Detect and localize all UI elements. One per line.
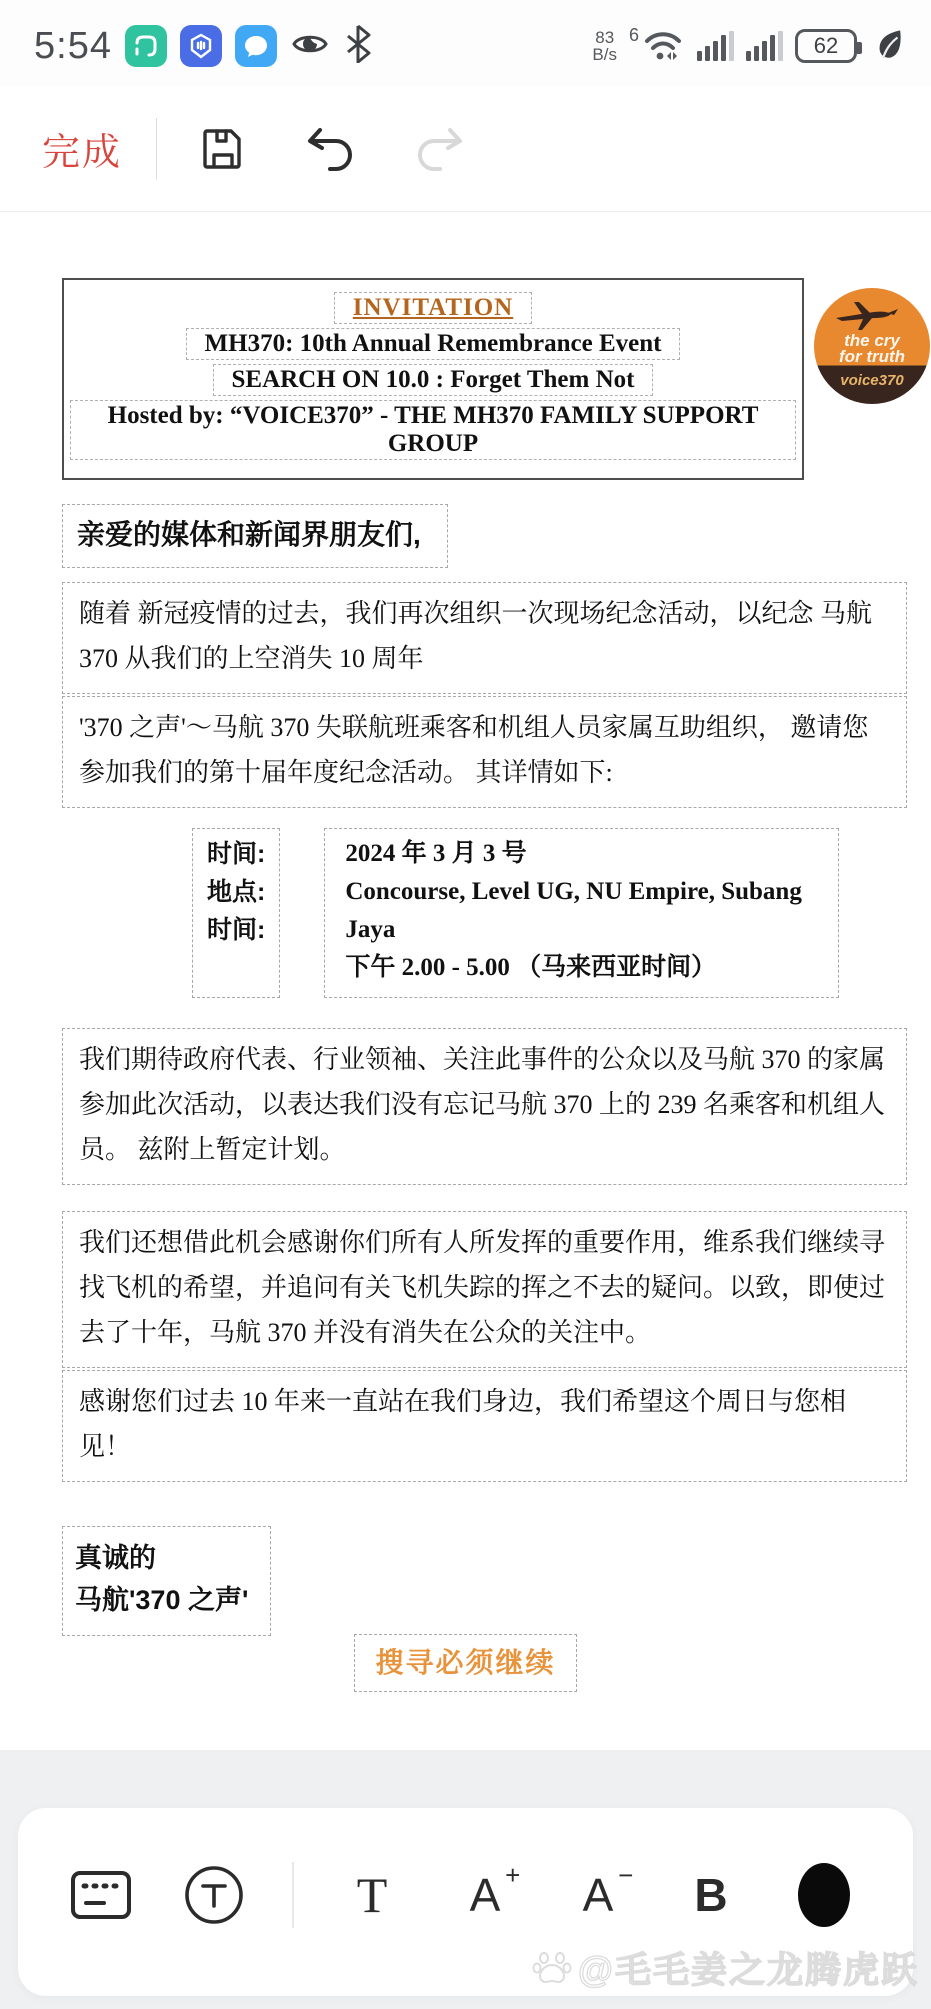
detail-value-date: 2024 年 3 月 3 号 bbox=[345, 835, 818, 873]
screen: { "status_bar": { "time": "5:54", "net_s… bbox=[0, 0, 931, 2009]
watermark: @毛毛姜之龙腾虎跃 bbox=[532, 1942, 919, 1993]
battery-indicator: 62 bbox=[795, 29, 857, 63]
invitation-header-row: INVITATION MH370: 10th Annual Remembranc… bbox=[0, 212, 931, 480]
power-save-leaf-icon bbox=[877, 29, 903, 64]
redo-button[interactable] bbox=[411, 121, 467, 177]
detail-label: 时间: bbox=[207, 911, 265, 949]
color-swatch-black bbox=[798, 1863, 850, 1927]
bold-button[interactable]: B bbox=[676, 1858, 746, 1932]
paragraph-4-frame[interactable]: 我们还想借此机会感谢你们所有人所发挥的重要作用，维系我们继续寻找飞机的希望，并追… bbox=[62, 1211, 907, 1368]
keyboard-toggle-button[interactable] bbox=[66, 1858, 136, 1932]
event-title[interactable]: MH370: 10th Annual Remembrance Event bbox=[186, 328, 681, 360]
detail-value-time: 下午 2.00 - 5.00 （马来西亚时间） bbox=[345, 949, 818, 987]
wifi-icon: 6 bbox=[629, 27, 685, 65]
editor-toolbar: 完成 bbox=[0, 86, 931, 212]
messages-app-icon bbox=[235, 25, 277, 67]
security-app-icon bbox=[180, 25, 222, 67]
event-subtitle[interactable]: SEARCH ON 10.0 : Forget Them Not bbox=[213, 364, 654, 396]
detail-values-frame[interactable]: 2024 年 3 月 3 号 Concourse, Level UG, NU E… bbox=[324, 828, 839, 998]
invitation-title[interactable]: INVITATION bbox=[334, 292, 533, 324]
done-button[interactable]: 完成 bbox=[42, 121, 122, 176]
event-details: 时间: 地点: 时间: 2024 年 3 月 3 号 Concourse, Le… bbox=[192, 828, 931, 998]
invitation-header-box[interactable]: INVITATION MH370: 10th Annual Remembranc… bbox=[62, 278, 804, 480]
undo-button[interactable] bbox=[303, 121, 359, 177]
voice370-logo[interactable]: the cry for truth voice370 bbox=[814, 288, 930, 404]
document-page: INVITATION MH370: 10th Annual Remembranc… bbox=[0, 212, 931, 1636]
eye-protection-icon bbox=[290, 24, 330, 69]
logo-text-2: for truth bbox=[814, 348, 930, 365]
paragraph-1-frame[interactable]: 随着 新冠疫情的过去，我们再次组织一次现场纪念活动，以纪念 马航 370 从我们… bbox=[62, 582, 907, 694]
network-speed: 83 B/s bbox=[592, 29, 617, 63]
detail-labels-frame[interactable]: 时间: 地点: 时间: bbox=[192, 828, 280, 998]
paragraph-5-frame[interactable]: 感谢您们过去 10 年来一直站在我们身边，我们希望这个周日与您相见！ bbox=[62, 1370, 907, 1482]
font-color-button[interactable] bbox=[789, 1858, 859, 1932]
paragraph-2-frame[interactable]: '370 之声'～马航 370 失联航班乘客和机组人员家属互助组织， 邀请您参加… bbox=[62, 696, 907, 808]
text-style-button[interactable] bbox=[179, 1858, 249, 1932]
toolbar-divider bbox=[292, 1862, 294, 1928]
airplane-icon bbox=[828, 300, 904, 334]
detail-label: 时间: bbox=[207, 835, 265, 873]
logo-text-3: voice370 bbox=[814, 372, 930, 389]
bluetooth-icon bbox=[343, 25, 373, 68]
status-bar: 5:54 83 B/s 6 62 bbox=[0, 0, 931, 86]
paw-icon bbox=[532, 1948, 572, 1988]
cell-signal-icon-sim2 bbox=[746, 31, 783, 61]
signature-frame[interactable]: 真诚的 马航'370 之声' bbox=[62, 1526, 271, 1636]
text-tool-button[interactable]: T bbox=[337, 1858, 407, 1932]
clock: 5:54 bbox=[34, 25, 112, 68]
font-decrease-button[interactable]: A− bbox=[563, 1858, 633, 1932]
paragraph-3-frame[interactable]: 我们期待政府代表、行业领袖、关注此事件的公众以及马航 370 的家属参加此次活动… bbox=[62, 1028, 907, 1185]
bottom-panel-background: T A+ A− B @毛毛姜之龙腾虎跃 bbox=[0, 1750, 931, 2009]
font-increase-button[interactable]: A+ bbox=[450, 1858, 520, 1932]
detail-value-venue: Concourse, Level UG, NU Empire, Subang J… bbox=[345, 873, 818, 949]
cell-signal-icon-sim1 bbox=[697, 31, 734, 61]
toolbar-divider bbox=[156, 118, 157, 180]
signature-line-2: 马航'370 之声' bbox=[75, 1585, 248, 1615]
host-line[interactable]: Hosted by: “VOICE370” - THE MH370 FAMILY… bbox=[70, 400, 796, 460]
save-button[interactable] bbox=[195, 121, 251, 177]
signature-line-1: 真诚的 bbox=[75, 1543, 156, 1573]
greeting-text-frame[interactable]: 亲爱的媒体和新闻界朋友们, bbox=[62, 504, 448, 568]
detail-label: 地点: bbox=[207, 873, 265, 911]
slogan-frame[interactable]: 搜寻必须继续 bbox=[354, 1634, 576, 1692]
mi-home-app-icon bbox=[125, 25, 167, 67]
